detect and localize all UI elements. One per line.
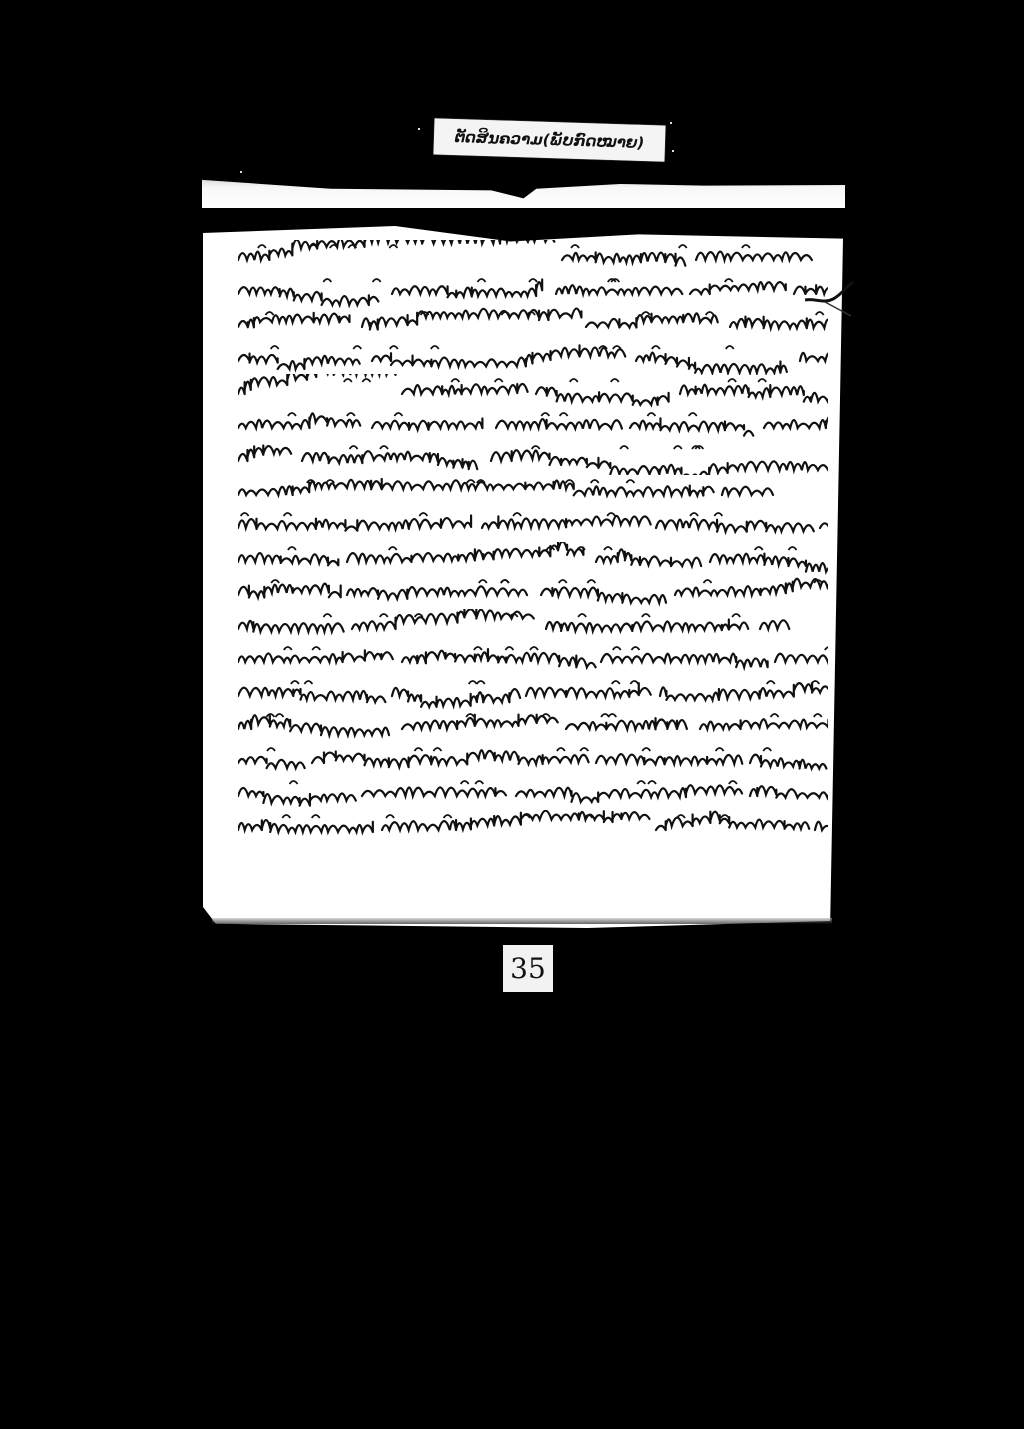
document-title-label: ຕັດສິນຄວາມ(ພັບກົດໝາຍ) — [433, 118, 665, 161]
document-title-text: ຕັດສິນຄວາມ(ພັບກົດໝາຍ) — [454, 128, 644, 152]
handwritten-line — [238, 307, 818, 341]
handwritten-line — [238, 475, 818, 509]
handwritten-line — [238, 843, 818, 877]
handwritten-line — [238, 441, 818, 475]
paper-top-strip — [202, 176, 845, 208]
handwritten-line — [238, 240, 818, 274]
handwritten-line — [238, 676, 818, 710]
dust-speck — [672, 150, 674, 152]
handwritten-line — [238, 374, 818, 408]
handwritten-line — [238, 575, 818, 609]
page-number-badge: 35 — [503, 945, 553, 992]
handwritten-line — [238, 810, 818, 844]
handwritten-line — [238, 408, 818, 442]
handwritten-line — [238, 709, 818, 743]
dust-speck — [670, 122, 672, 124]
handwritten-line — [238, 642, 818, 676]
handwritten-line — [238, 341, 818, 375]
page-bottom-edge — [212, 918, 832, 924]
handwritten-text-block — [238, 240, 818, 877]
handwritten-line — [238, 776, 818, 810]
handwritten-line — [238, 508, 818, 542]
handwritten-line — [238, 743, 818, 777]
dust-speck — [240, 171, 242, 173]
dust-speck — [418, 128, 420, 130]
handwritten-line — [238, 274, 818, 308]
handwritten-line — [238, 609, 818, 643]
handwritten-line — [238, 542, 818, 576]
page-number-text: 35 — [510, 952, 546, 985]
